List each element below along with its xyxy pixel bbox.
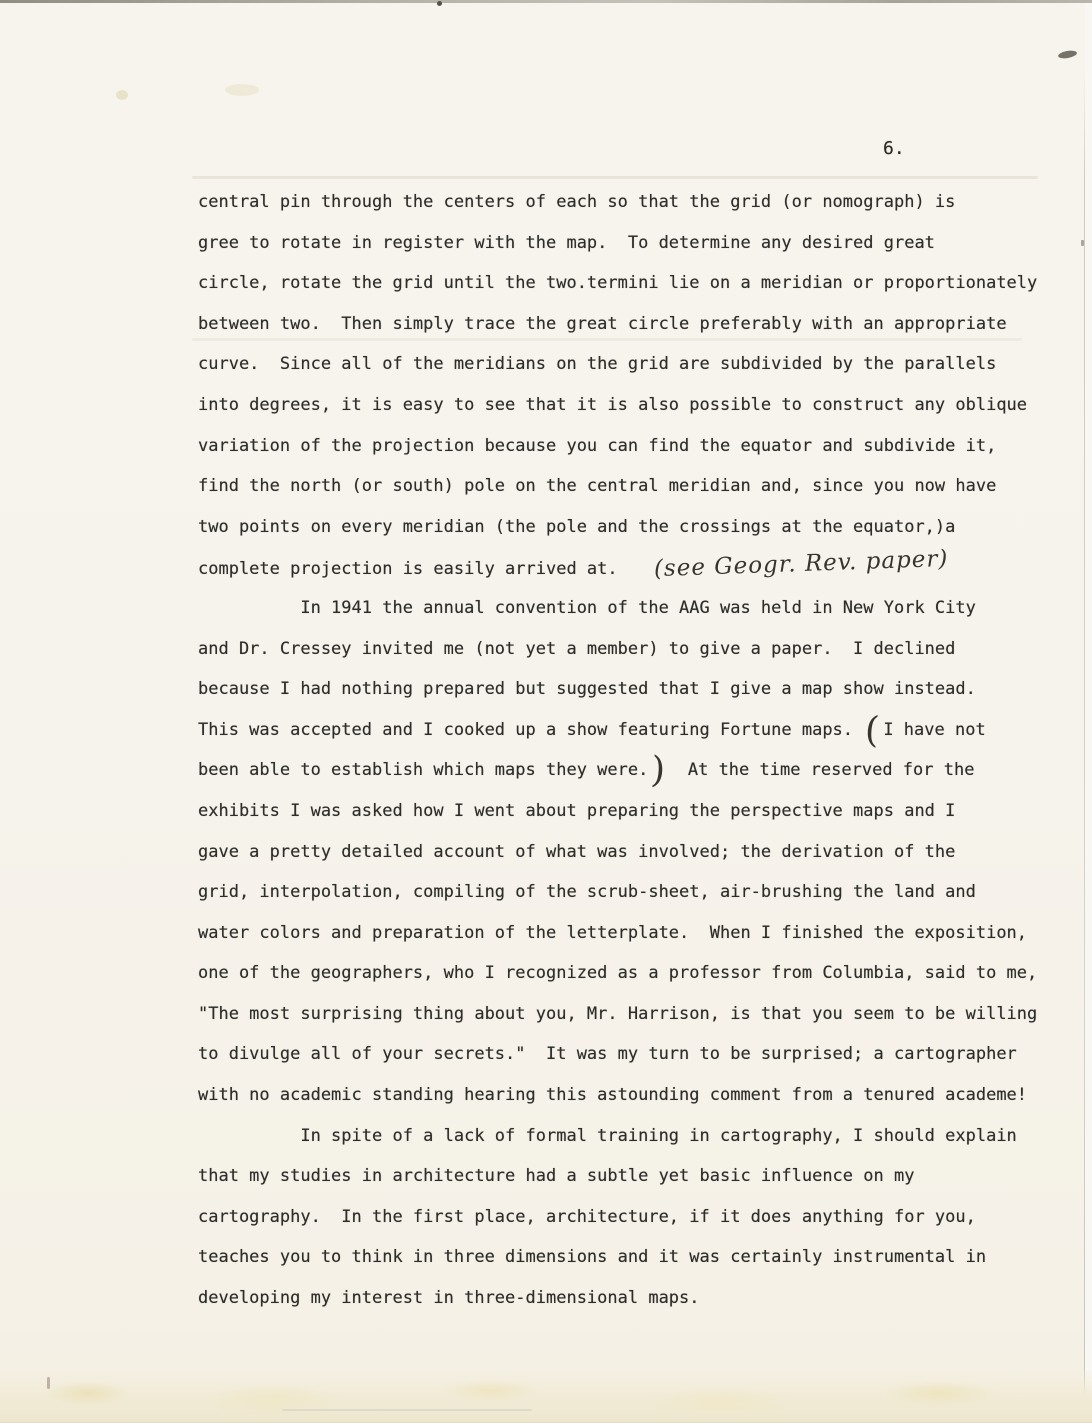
typed-line: This was accepted and I cooked up a show… [198, 710, 1058, 751]
typed-line: curve. Since all of the meridians on the… [198, 344, 1058, 385]
scanned-page: 6. central pin through the centers of ea… [0, 0, 1092, 1423]
paper-stain [116, 90, 128, 100]
handwritten-open-paren: ( [865, 730, 879, 731]
typed-line: developing my interest in three-dimensio… [198, 1278, 1058, 1319]
typed-line: to divulge all of your secrets." It was … [198, 1034, 1058, 1075]
typed-line: cartography. In the first place, archite… [198, 1197, 1058, 1238]
typed-line: grid, interpolation, compiling of the sc… [198, 872, 1058, 913]
typed-line: "The most surprising thing about you, Mr… [198, 994, 1058, 1035]
typed-line: In spite of a lack of formal training in… [198, 1116, 1058, 1157]
typed-line: and Dr. Cressey invited me (not yet a me… [198, 629, 1058, 670]
scan-artifact [1081, 240, 1084, 246]
page-number: 6. [883, 138, 905, 159]
scan-background-right [1085, 0, 1092, 1398]
typed-text: At the time reserved for the [667, 760, 974, 780]
typed-line: one of the geographers, who I recognized… [198, 953, 1058, 994]
typed-line: circle, rotate the grid until the two.te… [198, 263, 1058, 304]
handwritten-close-paren: ) [651, 771, 665, 772]
typed-text-block: central pin through the centers of each … [198, 182, 1058, 1319]
typed-line: teaches you to think in three dimensions… [198, 1237, 1058, 1278]
typed-line: variation of the projection because you … [198, 426, 1058, 467]
scanner-top-line [0, 0, 1092, 3]
typed-line: water colors and preparation of the lett… [198, 913, 1058, 954]
typed-text: I have not [883, 720, 985, 740]
scan-artifact-dot [437, 1, 442, 6]
typed-line: In 1941 the annual convention of the AAG… [198, 588, 1058, 629]
handwritten-annotation: (see Geogr. Rev. paper) [653, 539, 949, 590]
typed-line: exhibits I was asked how I went about pr… [198, 791, 1058, 832]
paper-edge-line [1084, 72, 1085, 1398]
typed-line: into degrees, it is easy to see that it … [198, 385, 1058, 426]
typed-line: find the north (or south) pole on the ce… [198, 466, 1058, 507]
typed-line: been able to establish which maps they w… [198, 750, 1058, 791]
typed-line: that my studies in architecture had a su… [198, 1156, 1058, 1197]
typed-line: central pin through the centers of each … [198, 182, 1058, 223]
paper-stain [225, 84, 259, 96]
typewriter-ghost-streak [192, 176, 1038, 179]
typed-line: gree to rotate in register with the map.… [198, 223, 1058, 264]
typed-text: been able to establish which maps they w… [198, 760, 648, 780]
typed-line: because I had nothing prepared but sugge… [198, 669, 1058, 710]
typed-line: complete projection is easily arrived at… [198, 547, 1058, 588]
typed-text: complete projection is easily arrived at… [198, 559, 618, 579]
typed-text: This was accepted and I cooked up a show… [198, 720, 863, 740]
typed-line: between two. Then simply trace the great… [198, 304, 1058, 345]
scan-artifact [47, 1377, 50, 1389]
paper-bottom-edge [0, 1370, 1092, 1423]
typed-line: gave a pretty detailed account of what w… [198, 832, 1058, 873]
scan-artifact [282, 1409, 532, 1411]
typed-line: with no academic standing hearing this a… [198, 1075, 1058, 1116]
